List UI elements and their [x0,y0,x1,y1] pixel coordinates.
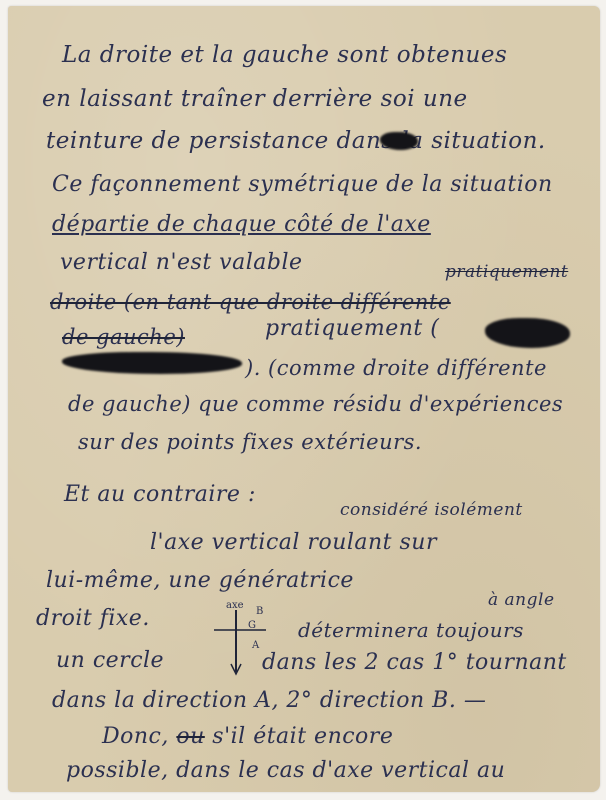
line-14: droit fixe. [36,606,150,631]
line-12: l'axe vertical roulant sur [150,530,437,555]
line-struck-1: pratiquement [445,262,568,282]
line-9: de gauche) que comme résidu d'expérience… [68,392,563,416]
line-insert-1: considéré isolément [340,500,523,520]
line-4: Ce façonnement symétrique de la situatio… [52,172,553,197]
svg-text:axe: axe [226,600,244,611]
line-struck-3: de gauche) [62,325,185,349]
line-11: Et au contraire : [64,482,256,507]
svg-text:B: B [256,606,263,617]
word-sil: s'il était encore [212,724,393,749]
line-18: dans la direction A, 2° direction B. — [52,688,486,713]
line-10: sur des points fixes extérieurs. [78,430,422,454]
line-20: possible, dans le cas d'axe vertical au [66,758,505,783]
line-7: pratiquement ( [265,316,439,341]
line-2: en laissant traîner derrière soi une [42,86,468,112]
svg-text:A: A [251,640,260,651]
ink-blot [380,132,418,150]
line-13: lui-même, une génératrice [46,568,354,593]
struck-word: ou [176,724,204,749]
line-struck-2: droite (en tant que droite différente [50,290,451,314]
line-6: vertical n'est valable [60,250,303,275]
line-15: déterminera toujours [298,618,524,642]
line-17: dans les 2 cas 1° tournant [262,650,567,675]
svg-text:G: G [248,620,256,631]
line-8: ). (comme droite différente [245,356,547,380]
line-3: teinture de persistance dans la situatio… [46,128,546,154]
word-donc: Donc, [102,724,169,749]
heading-text: Et au contraire : [64,482,256,507]
line-insert-2: à angle [488,590,555,610]
line-1: La droite et la gauche sont obtenues [62,42,507,68]
line-5: départie de chaque côté de l'axe [52,212,431,237]
line-19: Donc, ou s'il était encore [102,724,393,749]
line-16: un cercle [56,648,164,673]
